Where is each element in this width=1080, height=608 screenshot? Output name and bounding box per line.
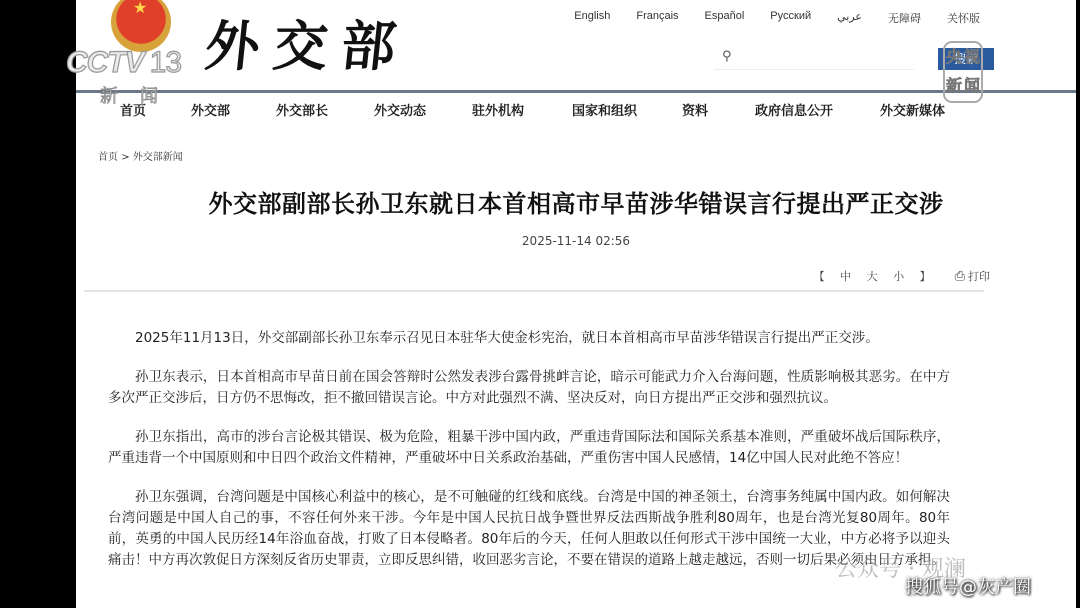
bracket-open: 【 — [814, 270, 825, 283]
print-label: 打印 — [968, 268, 990, 284]
nav-item-missions-abroad[interactable]: 驻外机构 — [472, 100, 524, 119]
article-paragraph: 孙卫东指出，高市的涉台言论极其错误、极为危险，粗暴干涉中国内政，严重违背国际法和… — [108, 427, 950, 469]
nav-item-countries-orgs[interactable]: 国家和组织 — [572, 100, 637, 119]
lang-arabic[interactable]: عربي — [837, 10, 862, 26]
search-field: ⚲ — [714, 44, 914, 70]
care-mode-link[interactable]: 关怀版 — [947, 10, 980, 26]
cctv-channel-number: 13 — [150, 46, 181, 79]
lang-french[interactable]: Français — [636, 10, 678, 26]
accessibility-link[interactable]: 无障碍 — [888, 10, 921, 26]
article-paragraph: 孙卫东强调，台湾问题是中国核心利益中的核心，是不可触碰的红线和底线。台湾是中国的… — [108, 487, 950, 571]
mfa-webpage: ★ 外交部 English Français Español Русский ع… — [76, 0, 1076, 608]
font-size-small[interactable]: 小 — [893, 270, 904, 283]
lang-russian[interactable]: Русский — [770, 10, 811, 26]
site-logo[interactable]: 外交部 — [202, 4, 414, 81]
breadcrumb-current[interactable]: 外交部新闻 — [133, 152, 183, 163]
font-size-medium[interactable]: 中 — [840, 270, 851, 283]
lang-spanish[interactable]: Español — [705, 10, 745, 26]
article-paragraph: 2025年11月13日，外交部副部长孙卫东奉示召见日本驻华大使金杉宪治，就日本首… — [108, 328, 950, 349]
font-size-large[interactable]: 大 — [867, 270, 878, 283]
search-input[interactable] — [740, 50, 900, 64]
cctv-logo-text: CCTV — [66, 46, 144, 79]
breadcrumb-home[interactable]: 首页 — [98, 152, 118, 163]
breadcrumb-separator: > — [121, 152, 129, 163]
national-emblem-icon: ★ — [111, 0, 171, 52]
article-paragraph: 孙卫东表示，日本首相高市早苗日前在国会答辩时公然发表涉台露骨挑衅言论，暗示可能武… — [108, 367, 950, 409]
badge-char: 闻 — [963, 72, 981, 101]
badge-char: 新 — [945, 72, 963, 101]
nav-item-new-media[interactable]: 外交新媒体 — [880, 100, 945, 119]
bracket-close: 】 — [920, 270, 931, 283]
badge-char: 央 — [945, 43, 963, 72]
cctv13-logo: CCTV13 — [66, 46, 181, 80]
print-button[interactable]: ⎙ 打印 — [955, 268, 990, 284]
main-nav: 首页 外交部 外交部长 外交动态 驻外机构 国家和组织 资料 政府信息公开 外交… — [76, 100, 1076, 122]
nav-item-ministry[interactable]: 外交部 — [191, 100, 230, 119]
header-divider — [84, 290, 984, 292]
breadcrumb: 首页 > 外交部新闻 — [98, 148, 183, 163]
font-size-selector: 【 中 大 小 】 — [808, 268, 937, 284]
nav-divider — [76, 90, 1076, 93]
cctv-news-label: 新闻 — [100, 82, 180, 108]
article-date: 2025-11-14 02:56 — [76, 234, 1076, 248]
printer-icon: ⎙ — [955, 269, 965, 284]
nav-item-gov-info[interactable]: 政府信息公开 — [755, 100, 833, 119]
language-bar: English Français Español Русский عربي 无障… — [548, 10, 980, 26]
article-tools: 【 中 大 小 】 ⎙ 打印 — [808, 268, 990, 284]
article-body: 2025年11月13日，外交部副部长孙卫东奉示召见日本驻华大使金杉宪治，就日本首… — [108, 328, 950, 589]
nav-item-resources[interactable]: 资料 — [682, 100, 708, 119]
search-icon: ⚲ — [722, 49, 732, 64]
nav-item-minister[interactable]: 外交部长 — [276, 100, 328, 119]
badge-char: 视 — [963, 43, 981, 72]
lang-english[interactable]: English — [574, 10, 610, 26]
nav-item-diplomatic-news[interactable]: 外交动态 — [374, 100, 426, 119]
star-icon: ★ — [133, 0, 147, 17]
cctv-news-badge: 央 视 新 闻 — [943, 41, 983, 103]
watermark-sohu: 搜狐号@灰产圈 — [905, 573, 1031, 599]
article-title: 外交部副部长孙卫东就日本首相高市早苗涉华错误言行提出严正交涉 — [76, 184, 1076, 219]
